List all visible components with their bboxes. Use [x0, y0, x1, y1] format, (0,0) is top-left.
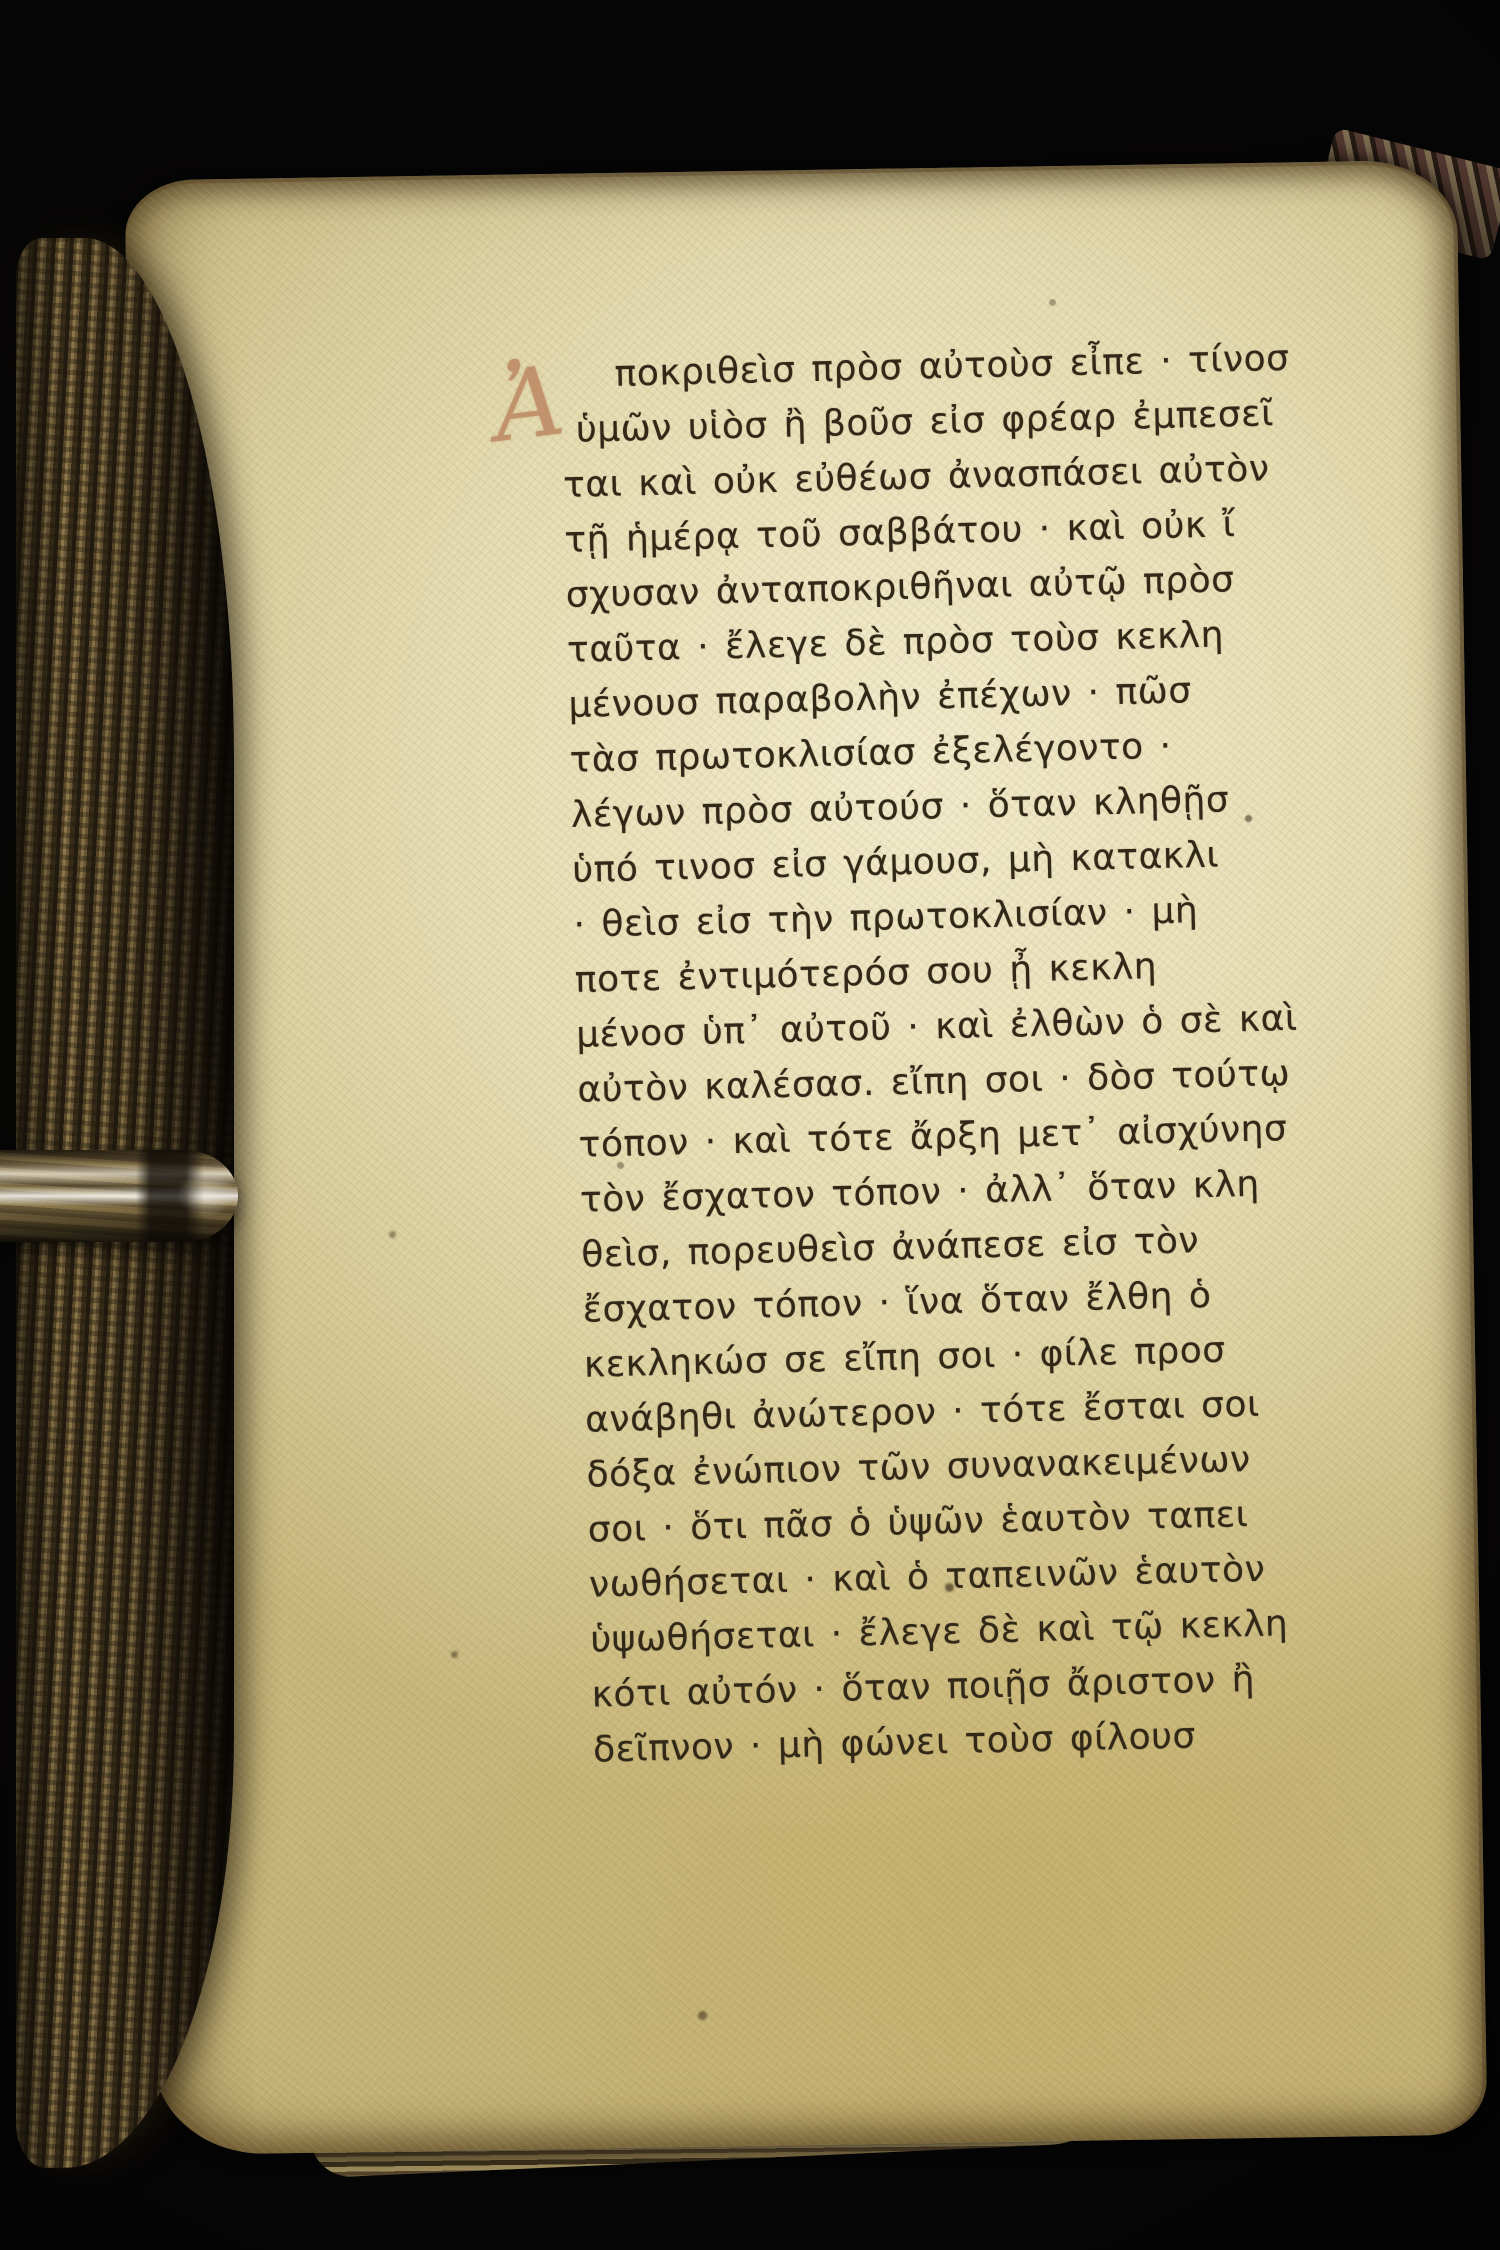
rubric-initial: Ἀ	[488, 352, 569, 456]
text-block: ποκριθεὶσ πρὸσ αὐτοὺσ εἶπε · τίνοσ ὑμῶν …	[560, 326, 1500, 1778]
parchment-speckles	[0, 0, 5, 5]
glass-weight-rod	[0, 1150, 238, 1242]
photo-backdrop: Ἀ ποκριθεὶσ πρὸσ αὐτοὺσ εἶπε · τίνοσ ὑμῶ…	[0, 0, 1500, 2250]
